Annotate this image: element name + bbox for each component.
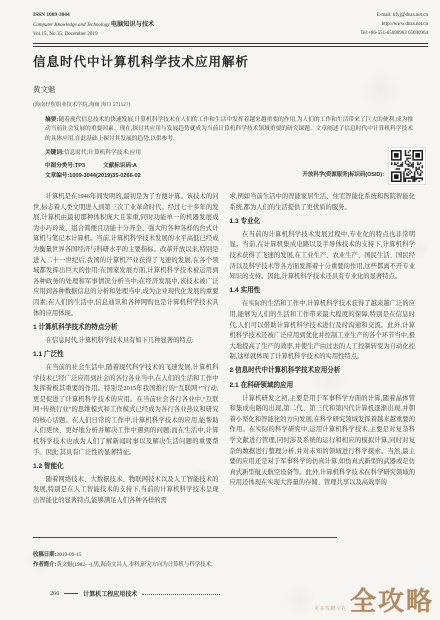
abstract-text: 随着现代信息技术的快速发展,计算机科学技术在人们的工作和生活中发挥着越来越重要的…	[45, 117, 413, 142]
journal-telephone: Tel:+86-551-65690963 65690964	[360, 29, 428, 38]
journal-website: http://www.dnzs.net.cn	[360, 20, 428, 29]
journal-header: ISSN 1009-3044 Computer Knowledge and Te…	[33, 11, 428, 39]
article-id: 文章编号:1009-3044(2019)35-0266-02	[45, 171, 141, 181]
watermark-small-text: 更多攻略尽在	[314, 605, 347, 612]
body-paragraph: 在当前的社会生活中,随着现代科学技术的飞速发展,计算机科学技术已经广泛应用到社会…	[33, 363, 219, 458]
journal-name: Computer Knowledge and Technology 电脑知识与技…	[33, 20, 154, 30]
footer-section-title: 计算机工程应用技术	[83, 589, 137, 598]
osid-qr-code	[388, 147, 426, 185]
journal-email: E-mail: kfyj@dnzs.net.cn	[360, 11, 428, 20]
footer-dotted-leader	[142, 594, 220, 595]
journal-info: ISSN 1009-3044 Computer Knowledge and Te…	[33, 11, 154, 39]
journal-contact: E-mail: kfyj@dnzs.net.cn http://www.dnzs…	[360, 11, 428, 39]
subsection-heading: 1.4 实用性	[230, 286, 416, 297]
body-paragraph: 在当前的计算机科学技术发展过程中,专业化的特点也非常明显。当前,在计算机集成电路…	[230, 230, 416, 283]
body-paragraph: 随着网络技术、大数据技术、物联网技术以及人工智能技术的发展,特别是在人工智能技术…	[33, 475, 219, 507]
paper-page: ISSN 1009-3044 Computer Knowledge and Te…	[0, 0, 440, 620]
abstract-label: 摘要:	[45, 117, 58, 123]
subsection-heading: 1.2 智能化	[33, 462, 219, 473]
body-paragraph: 在实际的生活和工作中,计算机科学技术获得了越来越广泛的应用,能够为人们的生活和工…	[230, 299, 416, 363]
journal-name-english: Computer Knowledge and Technology	[33, 23, 110, 28]
received-date-label: 收稿日期:	[33, 552, 56, 558]
body-paragraph: 计算机研发之初,主要是用于军事科学方面的计算,随着晶体管和集成电路的出现,第二代…	[230, 394, 416, 489]
body-paragraph-continued: 求,例如当前生活中的智能家居生活、住宅智能化系统和医院智能化系统,都为人们的生活…	[230, 192, 416, 213]
clc-line: 中图分类号:TP3文献标识码:A	[45, 161, 141, 171]
keywords-label: 关键词:	[45, 150, 64, 156]
article-title: 信息时代中计算机科学技术应用解析	[33, 52, 249, 70]
body-left-column: 计算机是在1946年间发明的,最初是为了方便计算。该技术的问世,标志着人类文明进…	[33, 192, 219, 507]
article-body: 计算机是在1946年间发明的,最初是为了方便计算。该技术的问世,标志着人类文明进…	[33, 192, 415, 507]
classification-block: 中图分类号:TP3文献标识码:A 文章编号:1009-3044(2019)35-…	[45, 161, 141, 181]
received-date-value: 2019-09-15	[56, 552, 81, 558]
journal-volume-info: Vol.15, No.35, December 2019	[33, 30, 154, 39]
author-affiliation: (海南经贸职业技术学院,海南 海口 571127)	[33, 100, 130, 108]
journal-name-chinese: 电脑知识与技术	[111, 21, 154, 28]
abstract: 摘要:随着现代信息技术的快速发展,计算机科学技术在人们的工作和生活中发挥着越来越…	[45, 116, 413, 144]
body-paragraph: 计算机是在1946年间发明的,最初是为了方便计算。该技术的问世,标志着人类文明进…	[33, 192, 219, 319]
abstract-block: 摘要:随着现代信息技术的快速发展,计算机科学技术在人们的工作和生活中发挥着越来越…	[45, 116, 413, 156]
subsection-heading: 1.3 专业化	[230, 217, 416, 228]
journal-issn: ISSN 1009-3044	[33, 11, 154, 20]
body-right-column: 求,例如当前生活中的智能家居生活、住宅智能化系统和医院智能化系统,都为人们的生活…	[230, 192, 416, 507]
author-bio-label: 作者简介:	[33, 562, 56, 568]
qr-code-graphic	[391, 150, 423, 182]
clc-number: 中图分类号:TP3	[45, 163, 85, 169]
author-bio: 作者简介:黄文魁(1982—),男,海南文昌人,本科,研究方向为计算机与科学技术…	[33, 560, 216, 568]
footer-rule	[64, 593, 78, 594]
body-paragraph: 在信息时代,计算机科学技术具有如下几种显著的特点:	[33, 336, 219, 347]
received-date: 收稿日期:2019-09-15	[33, 550, 82, 558]
document-code: 文献标识码:A	[103, 163, 137, 169]
watermark-logo-text: 全攻略	[350, 581, 434, 618]
section-heading: 1 计算机科学技术的特点分析	[33, 323, 219, 334]
keywords-text: 信息时代;计算机科学技术;应用	[64, 150, 141, 156]
section-heading: 2 信息时代中计算机科学技术应用分析	[230, 366, 416, 377]
keywords: 关键词:信息时代;计算机科学技术;应用	[45, 147, 413, 156]
footnote-divider	[33, 537, 337, 538]
watermark: 更多攻略尽在 全攻略	[314, 581, 434, 618]
page-footer: 266 计算机工程应用技术	[50, 589, 220, 598]
subsection-heading: 2.1 在科研领域的应用	[230, 381, 416, 392]
page-number: 266	[50, 590, 59, 597]
author-name: 黄文魁	[33, 84, 56, 95]
subsection-heading: 1.1 广泛性	[33, 350, 219, 361]
header-divider	[33, 43, 428, 47]
osid-label: 开放科学(资源服务)标识码(OSID):	[303, 170, 384, 178]
author-bio-value: 黄文魁(1982—),男,海南文昌人,本科,研究方向为计算机与科学技术。	[56, 562, 216, 568]
